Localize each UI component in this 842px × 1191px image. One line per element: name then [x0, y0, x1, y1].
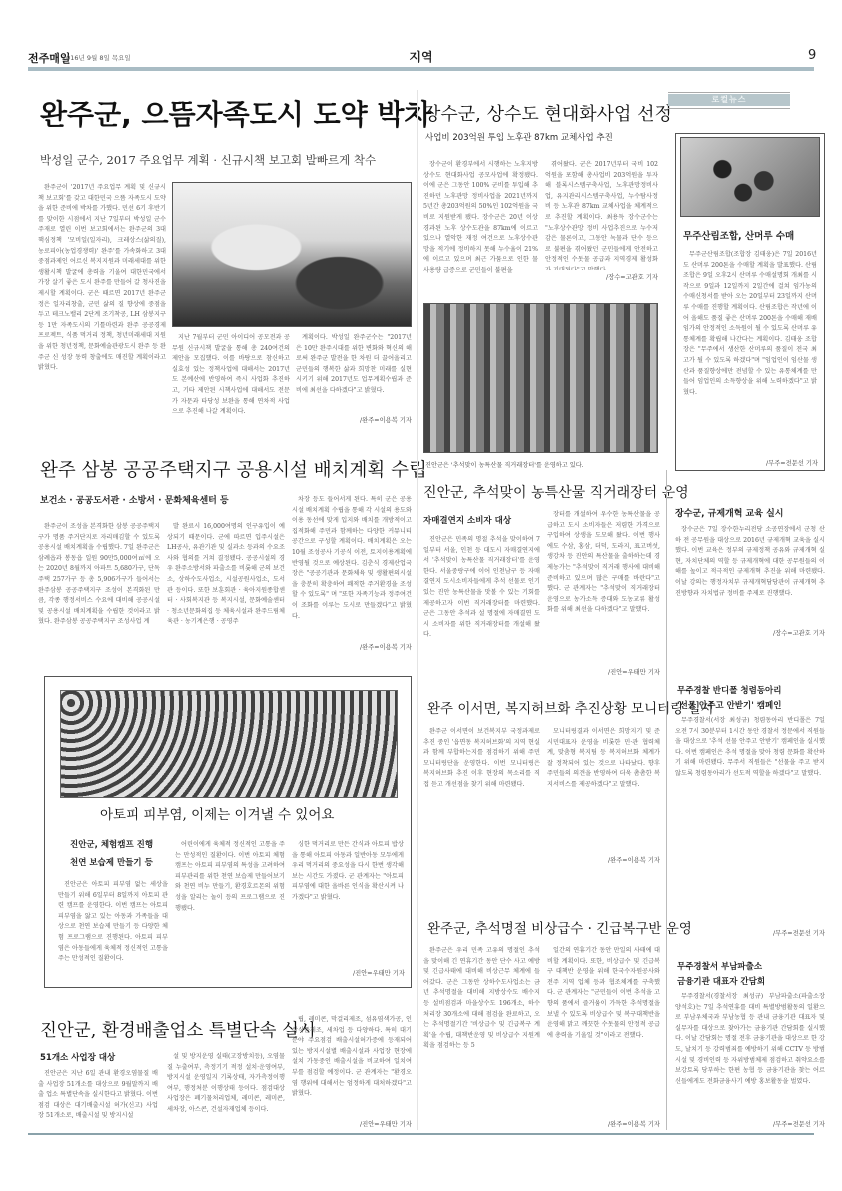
article-body-wanju-iseo-col2: 모니터링결과 이서면은 희망지기 및 준시민대표자 운영을 비롯한 민·관 협력…	[547, 727, 660, 852]
article-body-muju-forestry: 무주군산림조합(조합장 김태웅)은 7일 2016년도 산머루 200톤을 수매…	[683, 250, 817, 455]
local-news-rule-bottom	[668, 108, 790, 109]
headline-muju-police-campaign-line2: '선물 안주고 안받기' 캠페인	[677, 699, 781, 711]
byline-wanju-sambong: /완주=이용복 기자	[330, 642, 412, 651]
headline-jinan-market: 진안군, 추석맞이 농특산물 직거래장터 운영	[423, 482, 689, 502]
article-body-atopy-col2: 어린이에게 육체적 정신적인 고통을 주는 만성적인 질환이다. 이번 아토피 …	[175, 840, 285, 975]
photo-children	[60, 690, 398, 798]
byline-jangsu-water: /장수=고관호 기자	[580, 272, 658, 281]
photo-caption-jinan-market: 진안군은 '추석맞이 농특산물 직거래장터'를 운영하고 있다.	[425, 460, 584, 469]
byline-atopy: /진안=우태만 기자	[335, 968, 405, 977]
column-divider	[666, 470, 667, 1130]
headline-wanju-city: 완주군, 으뜸자족도시 도약 박차	[40, 93, 432, 133]
byline-wanju-city: /완주=이용복 기자	[330, 415, 412, 424]
subhead-jinan-market: 자매결연지 소비자 대상	[423, 514, 511, 526]
headline-jinan-emission: 진안군, 환경배출업소 특별단속 실시	[40, 1017, 316, 1042]
article-body-wanju-city-col3: 계획이다. 박성일 완주군수는 "2017년은 10만 완주시대를 위한 변화와…	[296, 333, 412, 413]
byline-wanju-emergency: /완주=이용복 기자	[590, 1119, 660, 1128]
local-news-tag: 로컬뉴스	[668, 94, 790, 106]
byline-wanju-iseo: /완주=이용복 기자	[585, 855, 660, 864]
headline-muju-forestry: 무주산림조합, 산머루 수매	[683, 228, 794, 242]
article-body-atopy-col3: 싱한 먹거리로 만든 간식과 아토피 밥상을 통해 아토피 아동과 일반아동 모…	[292, 840, 404, 960]
subhead-jinan-emission: 51개소 사업장 대상	[40, 1051, 115, 1063]
article-body-jinan-market-col2: 장터를 개설하여 우수한 농특산물을 공급하고 도시 소비자들은 저렴한 가격으…	[547, 510, 660, 665]
footer-rule	[28, 1133, 814, 1135]
article-body-atopy-col1: 진안군은 아토피 피부염 없는 세상을 만들기 위해 6일부터 8일까지 아토피…	[58, 880, 168, 975]
local-news-rule-top	[668, 92, 790, 93]
article-body-wanju-city-col1: 완주군이 '2017년 주요업무 계획 및 신규시책 보고회'를 갖고 대한민국…	[38, 183, 166, 413]
article-body-muju-police-finance: 무주경찰서(경찰서장 최성규) 부남파출소(파출소장 양석호)는 7일 추석연휴…	[675, 992, 825, 1120]
article-body-wanju-sambong-col2: 발 완료시 16,000여명의 인구유입이 예상되기 때문이다. 군에 따르면 …	[167, 522, 285, 650]
headline-wanju-emergency: 완주군, 추석명절 비상급수 · 긴급복구반 운영	[427, 917, 692, 937]
byline-jinan-market: /진안=우태만 기자	[590, 667, 660, 676]
article-body-wanju-sambong-col1: 완주군이 조성을 본격화한 삼봉 공공주택지구가 명품 주거단지로 자리매김할 …	[38, 522, 160, 650]
headline-muju-police-campaign-line1: 무주경찰 반디폴 청렴동아리	[677, 684, 781, 696]
article-body-jinan-emission-col3: 립, 레미콘, 막걸리제조, 섬유염색가공, 인삼식품제조, 세차업 등 다양하…	[292, 1015, 412, 1119]
subhead-wanju-sambong: 보건소 · 공공도서관 · 소방서 · 문화체육센터 등	[40, 493, 229, 506]
page-number: 9	[808, 48, 816, 63]
headline-muju-police-finance-line1: 무주경찰서 부남파출소	[677, 960, 762, 972]
article-body-jangsu-regulation: 장수군은 7일 장수한누리전당 소공연장에서 군청 산하 전 공무원을 대상으로…	[675, 525, 825, 630]
photo-meeting	[172, 182, 412, 327]
headline-wanju-sambong: 완주 삼봉 공공주택지구 공용시설 배치계획 수립	[40, 456, 427, 482]
article-body-jangsu-water-col1: 장수군이 환경부에서 시행하는 노후지방상수도 현대화사업 공모사업에 확정됐다…	[423, 160, 538, 285]
subhead-atopy-line2: 천연 보습제 만들기 등	[70, 856, 153, 868]
headline-jangsu-regulation: 장수군, 규제개혁 교육 실시	[675, 506, 783, 519]
header-rule	[28, 67, 814, 71]
byline-muju-forestry: /무주=전문선 기자	[740, 458, 818, 467]
photo-grapes	[680, 137, 820, 217]
section-title: 지역	[400, 48, 442, 65]
article-body-jinan-emission-col2: 설 및 방지운영 실태(고장방치등), 오염물질 누출여부, 측정기기 적정 설…	[167, 1052, 285, 1131]
article-body-wanju-emergency-col1: 완주군은 우리 민족 고유의 명절인 추석을 맞이해 긴 연휴기간 동안 단수 …	[423, 946, 540, 1129]
byline-jinan-emission: /진안=우태만 기자	[340, 1119, 412, 1128]
article-body-jinan-emission-col1: 진안군은 지난 6일 관내 환경오염물질 배출 사업장 51개소를 대상으로 9…	[38, 1069, 158, 1131]
article-body-jangsu-water-col2: 겪어왔다. 군은 2017년부터 국비 102억원을 포함해 총사업비 203억…	[545, 160, 658, 270]
headline-atopy: 아토피 피부염, 이제는 이겨낼 수 있어요	[100, 803, 334, 823]
subhead-wanju-city: 박성일 군수, 2017 주요업무 계획 · 신규시책 보고회 발빠르게 착수	[40, 152, 376, 168]
headline-muju-police-finance-line2: 금융기관 대표자 간담회	[677, 975, 765, 987]
column-divider	[417, 90, 418, 1130]
article-body-wanju-iseo-col1: 완주군 이서면이 보건복지부 국정과제로 추진 중인 '읍면동 복지허브화'의 …	[423, 727, 540, 867]
headline-wanju-iseo: 완주 이서면, 복지허브화 추진상황 모니터링 실시	[427, 697, 714, 717]
article-body-wanju-sambong-col3: 차장 등도 들어서게 된다. 특히 군은 공용시설 배치계획 수립을 통해 각 …	[292, 495, 412, 637]
article-body-wanju-emergency-col2: 일간의 연휴기간 동안 만일의 사태에 대비할 계획이다. 또한, 비상급수 및…	[547, 946, 660, 1118]
article-body-jinan-market-col1: 진안군은 민족의 명절 추석을 맞이하여 7일부터 서울, 인천 등 대도시 자…	[423, 535, 540, 665]
byline-jangsu-regulation: /장수=고관호 기자	[745, 628, 825, 637]
photo-market	[423, 303, 658, 453]
byline-muju-police-finance: /무주=전문선 기자	[745, 1119, 825, 1128]
headline-jangsu-water: 장수군, 상수도 현대화사업 선정	[423, 100, 672, 126]
byline-muju-police-campaign: /무주=전문선 기자	[745, 928, 825, 937]
subhead-jangsu-water: 사업비 203억원 투입 노후관 87km 교체사업 추진	[425, 131, 613, 143]
article-body-muju-police-campaign: 무주경찰서(서장 최성규) 청렴동아리 반디폴은 7일 오전 7시 30분부터 …	[675, 716, 825, 916]
article-body-wanju-city-col2: 지난 7월부터 군민 아이디어 공모전과 공무원 신규시책 발굴을 통해 총 2…	[172, 333, 290, 423]
subhead-atopy-line1: 진안군, 체험캠프 진행	[70, 838, 153, 850]
publication-date: 2016년 9월 8일 목요일	[62, 53, 131, 62]
